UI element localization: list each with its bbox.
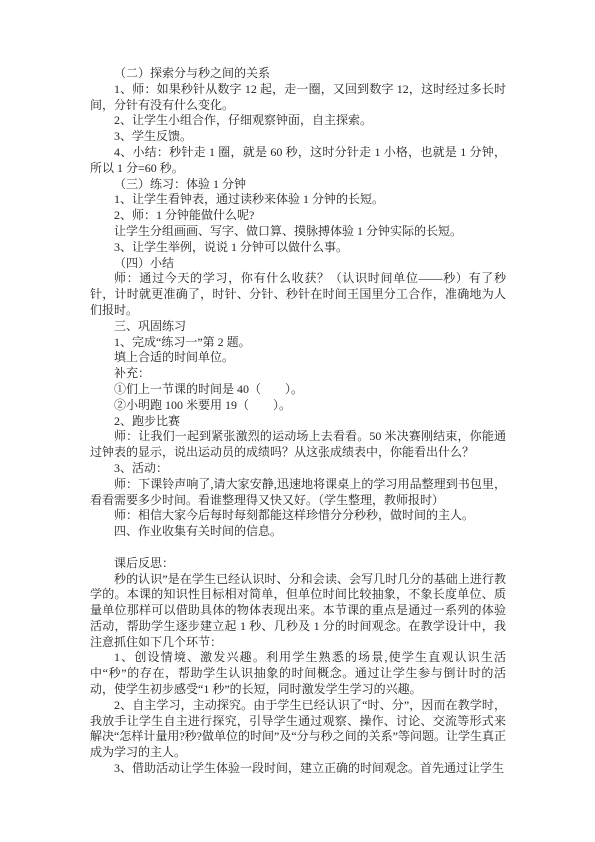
document-body: （二）探索分与秒之间的关系 1、师：如果秒针从数字 12 起，走一圈，又回到数字…	[0, 0, 595, 777]
paragraph: 师：让我们一起到紧张激烈的运动场上去看看。50 米决赛刚结束，你能通过钟表的显示…	[90, 429, 506, 461]
section-heading: （二）探索分与秒之间的关系	[90, 66, 506, 82]
paragraph: 2、让学生小组合作，仔细观察钟面，自主探索。	[90, 113, 506, 129]
paragraph: 补充：	[90, 366, 506, 382]
paragraph: 3、让学生举例，说说 1 分钟可以做什么事。	[90, 240, 506, 256]
paragraph: 师：通过今天的学习，你有什么收获？（认识时间单位——秒）有了秒针，计时就更准确了…	[90, 271, 506, 318]
section-heading: 三、巩固练习	[90, 319, 506, 335]
paragraph: 1、创设情境、激发兴趣。利用学生熟悉的场景,使学生直观认识生活中“秒”的存在，帮…	[90, 650, 506, 697]
paragraph: 2、跑步比赛	[90, 414, 506, 430]
paragraph: 1、完成“练习一”第 2 题。	[90, 335, 506, 351]
paragraph: 1、让学生看钟表，通过读秒来体验 1 分钟的长短。	[90, 192, 506, 208]
section-heading: 四、作业收集有关时间的信息。	[90, 524, 506, 540]
section-heading: （四）小结	[90, 256, 506, 272]
paragraph: 2、师：1 分钟能做什么呢?	[90, 208, 506, 224]
paragraph: 4、小结：秒针走 1 圈，就是 60 秒，这时分针走 1 小格，也就是 1 分钟…	[90, 145, 506, 177]
document-page: （二）探索分与秒之间的关系 1、师：如果秒针从数字 12 起，走一圈，又回到数字…	[0, 0, 595, 842]
paragraph: 3、学生反馈。	[90, 129, 506, 145]
paragraph: 填上合适的时间单位。	[90, 350, 506, 366]
paragraph: 秒的认识”是在学生已经认识时、分和会读、会写几时几分的基础上进行教学的。本课的知…	[90, 572, 506, 651]
section-heading: 课后反思：	[90, 556, 506, 572]
section-heading: （三）练习：体验 1 分钟	[90, 177, 506, 193]
list-item-circled-2: ②小明跑 100 米要用 19（ ）。	[90, 398, 506, 414]
paragraph: 2、自主学习，主动探究。由于学生已经认识了“时、分”，因而在教学时，我放手让学生…	[90, 698, 506, 761]
list-item-circled-1: ①们上一节课的时间是 40（ ）。	[90, 382, 506, 398]
paragraph: 3、借助活动让学生体验一段时间，建立正确的时间观念。首先通过让学生	[90, 761, 506, 777]
blank-line	[90, 540, 506, 556]
paragraph: 师：下课铃声响了,请大家安静,迅速地将课桌上的学习用品整理到书包里，看看需要多少…	[90, 477, 506, 509]
paragraph: 让学生分组画画、写字、做口算、摸脉搏体验 1 分钟实际的长短。	[90, 224, 506, 240]
paragraph: 1、师：如果秒针从数字 12 起，走一圈，又回到数字 12，这时经过多长时间，分…	[90, 82, 506, 114]
paragraph: 师：相信大家今后每时每刻都能这样珍惜分分秒秒，做时间的主人。	[90, 508, 506, 524]
paragraph: 3、活动：	[90, 461, 506, 477]
